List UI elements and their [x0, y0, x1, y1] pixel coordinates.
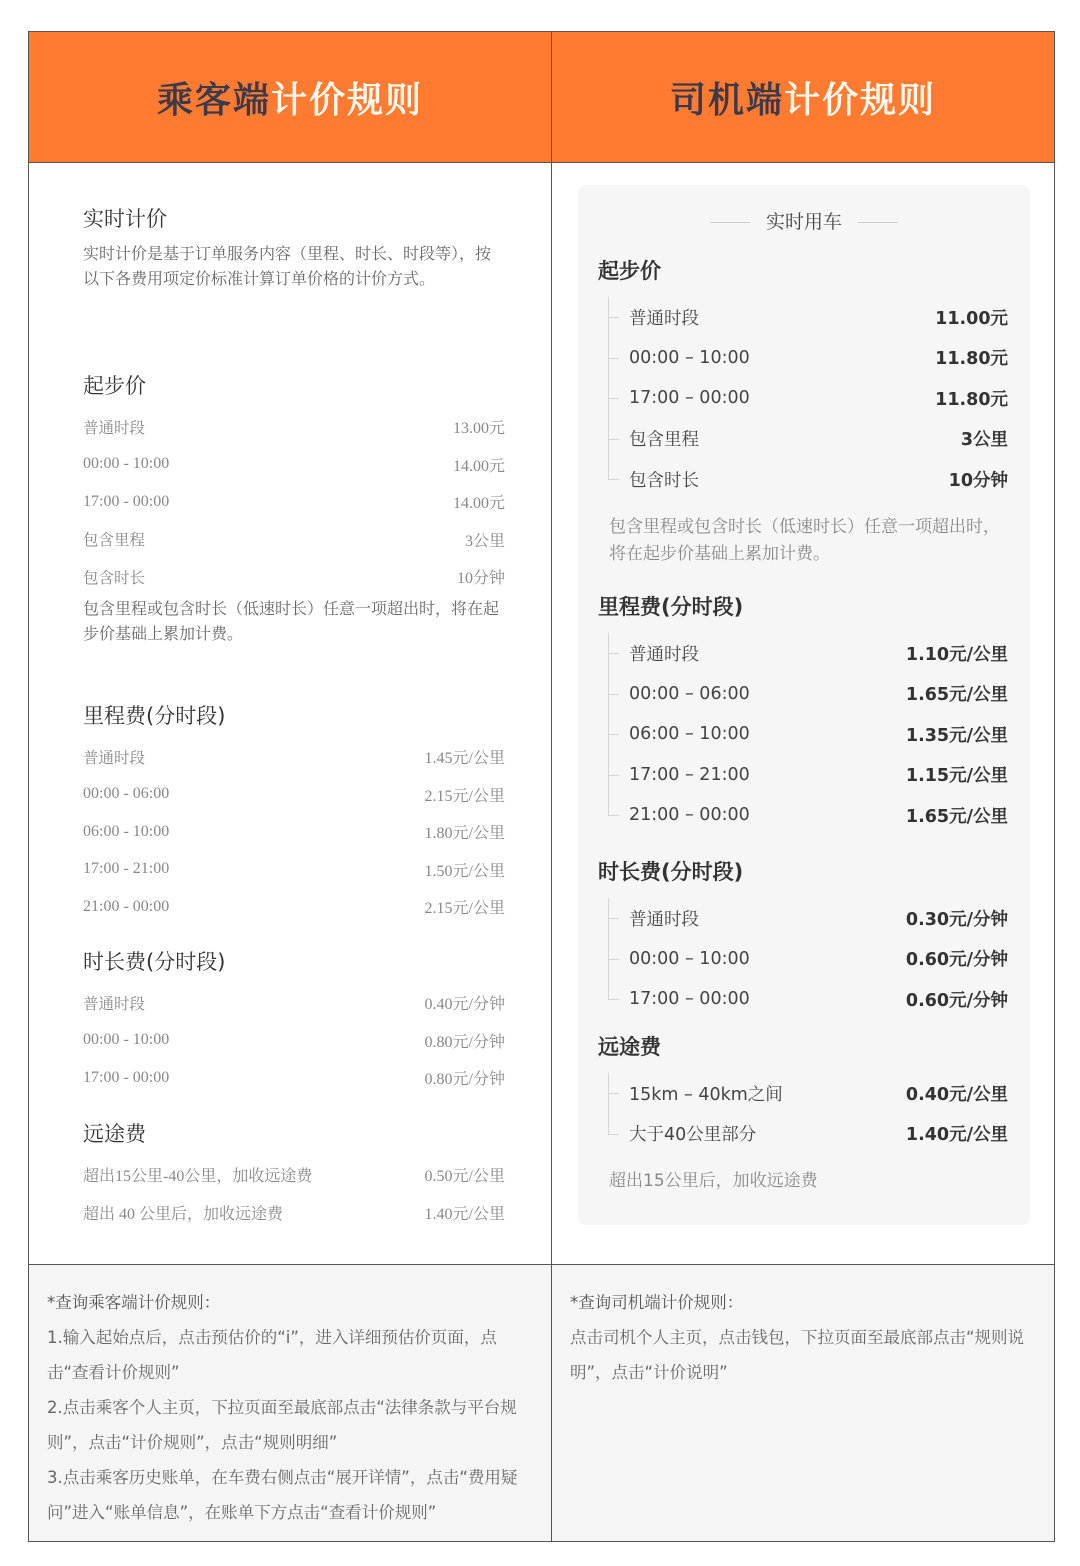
section-heading: 起步价 [598, 255, 1008, 285]
tree-list: 普通时段1.10元/公里 00:00 – 06:001.65元/公里 06:00… [608, 633, 1008, 836]
table-row: 06:00 – 10:001.35元/公里 [608, 714, 1008, 755]
passenger-column: 乘客端计价规则 实时计价 实时计价是基于订单服务内容（里程、时长、时段等），按以… [29, 32, 552, 1541]
divider [710, 222, 750, 223]
driver-column: 司机端计价规则 实时用车 起步价 普通时段11.00元 00:00 – 10:0… [552, 32, 1054, 1541]
driver-title-prefix: 司机端 [670, 72, 784, 123]
pricing-comparison-table: 乘客端计价规则 实时计价 实时计价是基于订单服务内容（里程、时长、时段等），按以… [28, 31, 1055, 1542]
section-heading: 里程费(分时段) [598, 591, 1008, 621]
table-row: 00:00 - 06:002.15元/公里 [83, 776, 505, 814]
table-row: 00:00 – 10:000.60元/分钟 [608, 939, 1008, 980]
instruction-line: 点击司机个人主页，点击钱包，下拉页面至最底部点击“规则说明”，点击“计价说明” [570, 1320, 1036, 1390]
table-row: 00:00 – 10:0011.80元 [608, 338, 1008, 379]
section-heading: 里程费(分时段) [83, 700, 505, 730]
table-row: 17:00 - 00:0014.00元 [83, 483, 505, 521]
section-heading: 时长费(分时段) [598, 856, 1008, 886]
passenger-header: 乘客端计价规则 [29, 32, 551, 163]
instruction-line: 1.输入起始点后，点击预估价的“i”，进入详细预估价页面，点击“查看计价规则” [47, 1320, 533, 1390]
divider [858, 222, 898, 223]
driver-title-suffix: 计价规则 [784, 72, 936, 123]
instruction-line: 2.点击乘客个人主页，下拉页面至最底部点击“法律条款与平台规则”，点击“计价规则… [47, 1390, 533, 1460]
table-row: 大于40公里部分1.40元/公里 [608, 1114, 1008, 1155]
table-row: 17:00 - 00:000.80元/分钟 [83, 1059, 505, 1097]
card-subtitle: 实时用车 [578, 207, 1030, 234]
section-description: 实时计价是基于订单服务内容（里程、时长、时段等），按以下各费用项定价标准计算订单… [83, 241, 505, 291]
driver-base-fare-section: 起步价 普通时段11.00元 00:00 – 10:0011.80元 17:00… [598, 255, 1008, 568]
driver-rules-card: 实时用车 起步价 普通时段11.00元 00:00 – 10:0011.80元 … [578, 185, 1030, 1225]
section-heading: 远途费 [598, 1031, 1008, 1061]
table-row: 包含里程3公里 [83, 521, 505, 559]
table-row: 17:00 – 21:001.15元/公里 [608, 755, 1008, 796]
section-note: 超出15公里后，加收远途费 [598, 1168, 1008, 1195]
table-row: 包含时长10分钟 [608, 459, 1008, 500]
table-row: 21:00 - 00:002.15元/公里 [83, 888, 505, 926]
table-row: 普通时段0.30元/分钟 [608, 898, 1008, 939]
section-heading: 实时计价 [83, 203, 505, 233]
tree-list: 15km – 40km之间0.40元/公里 大于40公里部分1.40元/公里 [608, 1073, 1008, 1154]
table-row: 超出 40 公里后，加收远途费1.40元/公里 [83, 1194, 505, 1232]
section-heading: 时长费(分时段) [83, 946, 505, 976]
passenger-title-suffix: 计价规则 [271, 72, 423, 123]
table-row: 普通时段1.10元/公里 [608, 633, 1008, 674]
table-row: 普通时段13.00元 [83, 408, 505, 446]
table-row: 21:00 – 00:001.65元/公里 [608, 795, 1008, 836]
table-row: 超出15公里-40公里，加收远途费0.50元/公里 [83, 1156, 505, 1194]
table-row: 普通时段11.00元 [608, 297, 1008, 338]
tree-list: 普通时段0.30元/分钟 00:00 – 10:000.60元/分钟 17:00… [608, 898, 1008, 1020]
passenger-mileage-section: 里程费(分时段) 普通时段1.45元/公里 00:00 - 06:002.15元… [83, 700, 505, 926]
table-row: 15km – 40km之间0.40元/公里 [608, 1073, 1008, 1114]
passenger-rules-body: 实时计价 实时计价是基于订单服务内容（里程、时长、时段等），按以下各费用项定价标… [29, 163, 551, 1264]
section-heading: 起步价 [83, 370, 505, 400]
instructions-title: *查询司机端计价规则： [570, 1285, 1036, 1320]
section-note: 包含里程或包含时长（低速时长）任意一项超出时，将在起步价基础上累加计费。 [598, 514, 1008, 568]
driver-rules-body: 实时用车 起步价 普通时段11.00元 00:00 – 10:0011.80元 … [552, 163, 1054, 1264]
instruction-line: 3.点击乘客历史账单，在车费右侧点击“展开详情”，点击“费用疑问”进入“账单信息… [47, 1460, 533, 1530]
driver-lookup-instructions: *查询司机端计价规则： 点击司机个人主页，点击钱包，下拉页面至最底部点击“规则说… [552, 1264, 1054, 1541]
table-row: 00:00 – 06:001.65元/公里 [608, 674, 1008, 715]
table-row: 普通时段0.40元/分钟 [83, 984, 505, 1022]
driver-mileage-section: 里程费(分时段) 普通时段1.10元/公里 00:00 – 06:001.65元… [598, 591, 1008, 836]
table-row: 普通时段1.45元/公里 [83, 738, 505, 776]
passenger-lookup-instructions: *查询乘客端计价规则： 1.输入起始点后，点击预估价的“i”，进入详细预估价页面… [29, 1264, 551, 1541]
table-row: 17:00 – 00:000.60元/分钟 [608, 979, 1008, 1020]
table-row: 00:00 - 10:000.80元/分钟 [83, 1022, 505, 1060]
passenger-title-prefix: 乘客端 [157, 72, 271, 123]
table-row: 17:00 – 00:0011.80元 [608, 378, 1008, 419]
passenger-base-fare-section: 起步价 普通时段13.00元 00:00 - 10:0014.00元 17:00… [83, 370, 505, 646]
section-heading: 远途费 [83, 1118, 505, 1148]
driver-duration-section: 时长费(分时段) 普通时段0.30元/分钟 00:00 – 10:000.60元… [598, 856, 1008, 1020]
passenger-duration-section: 时长费(分时段) 普通时段0.40元/分钟 00:00 - 10:000.80元… [83, 946, 505, 1097]
passenger-intro-section: 实时计价 实时计价是基于订单服务内容（里程、时长、时段等），按以下各费用项定价标… [83, 203, 505, 291]
section-note: 包含里程或包含时长（低速时长）任意一项超出时，将在起步价基础上累加计费。 [83, 596, 505, 646]
driver-long-distance-section: 远途费 15km – 40km之间0.40元/公里 大于40公里部分1.40元/… [598, 1031, 1008, 1195]
table-row: 00:00 - 10:0014.00元 [83, 446, 505, 484]
instructions-title: *查询乘客端计价规则： [47, 1285, 533, 1320]
tree-list: 普通时段11.00元 00:00 – 10:0011.80元 17:00 – 0… [608, 297, 1008, 500]
table-row: 17:00 - 21:001.50元/公里 [83, 851, 505, 889]
table-row: 包含里程3公里 [608, 419, 1008, 460]
driver-header: 司机端计价规则 [552, 32, 1054, 163]
table-row: 06:00 - 10:001.80元/公里 [83, 813, 505, 851]
table-row: 包含时长10分钟 [83, 558, 505, 596]
passenger-long-distance-section: 远途费 超出15公里-40公里，加收远途费0.50元/公里 超出 40 公里后，… [83, 1118, 505, 1231]
